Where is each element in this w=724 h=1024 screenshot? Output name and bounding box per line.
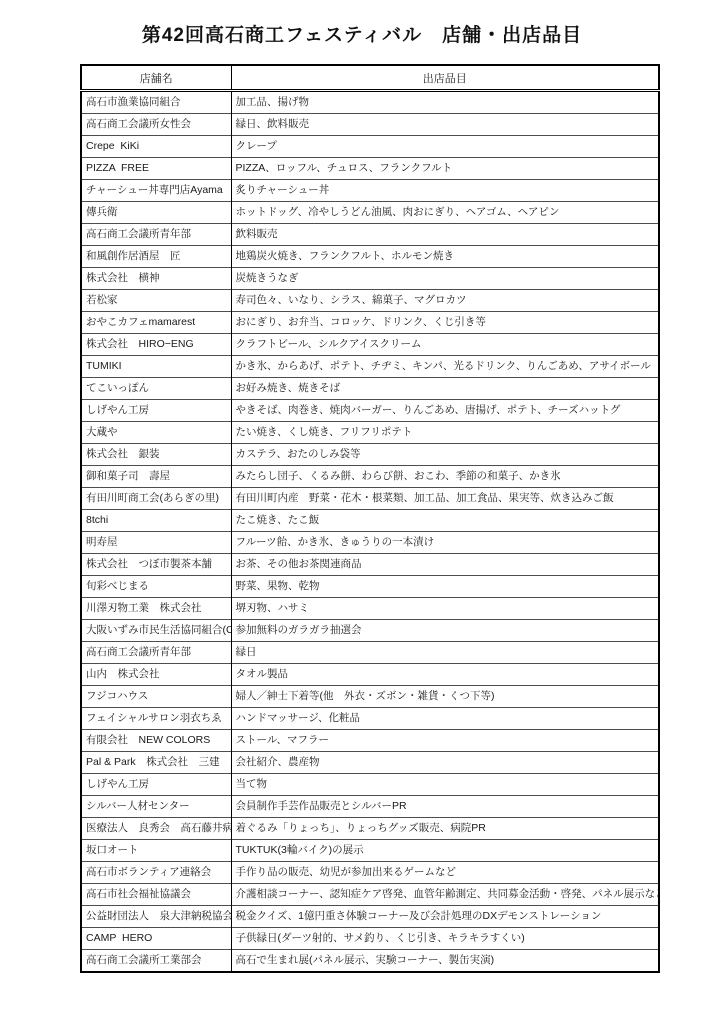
table-row: CAMP HERO子供縁日(ダーツ射的、サメ釣り、くじ引き、キラキラすくい) (81, 928, 659, 950)
table-row: 8tchiたこ焼き、たこ飯 (81, 510, 659, 532)
shop-name-cell: チャーシュー丼専門店Ayama (81, 180, 231, 202)
shop-name-cell: フジコハウス (81, 686, 231, 708)
table-row: 高石商工会議所青年部縁日 (81, 642, 659, 664)
table-row: 和風創作居酒屋 匠地鶏炭火焼き、フランクフルト、ホルモン焼き (81, 246, 659, 268)
items-cell: クレープ (231, 136, 659, 158)
table-row: 坂口オートTUKTUK(3輪バイク)の展示 (81, 840, 659, 862)
shop-name-cell: 高石市ボランティア連絡会 (81, 862, 231, 884)
shop-name-cell: 明寿屋 (81, 532, 231, 554)
vendor-table: 店舗名 出店品目 高石市漁業協同組合加工品、揚げ物高石商工会議所女性会縁日、飲料… (80, 64, 660, 973)
items-cell: ハンドマッサージ、化粧品 (231, 708, 659, 730)
shop-name-cell: CAMP HERO (81, 928, 231, 950)
items-cell: 堺刃物、ハサミ (231, 598, 659, 620)
table-row: 山内 株式会社タオル製品 (81, 664, 659, 686)
items-cell: 高石で生まれ展(パネル展示、実験コーナー、製缶実演) (231, 950, 659, 973)
table-row: フジコハウス婦人／紳士下着等(他 外衣・ズボン・雑貨・くつ下等) (81, 686, 659, 708)
items-cell: 会社紹介、農産物 (231, 752, 659, 774)
items-cell: ストール、マフラー (231, 730, 659, 752)
shop-name-cell: 高石商工会議所青年部 (81, 642, 231, 664)
shop-name-cell: 大蔵や (81, 422, 231, 444)
table-row: 高石市ボランティア連絡会手作り品の販売、幼児が参加出来るゲームなど (81, 862, 659, 884)
header-row: 店舗名 出店品目 (81, 65, 659, 91)
column-header-shop-name: 店舗名 (81, 65, 231, 91)
items-cell: 野菜、果物、乾物 (231, 576, 659, 598)
items-cell: 有田川町内産 野菜・花木・根菜類、加工品、加工食品、果実等、炊き込みご飯 (231, 488, 659, 510)
items-cell: みたらし団子、くるみ餅、わらび餅、おこわ、季節の和菓子、かき氷 (231, 466, 659, 488)
shop-name-cell: 和風創作居酒屋 匠 (81, 246, 231, 268)
shop-name-cell: Pal & Park 株式会社 三建 大阪南支店 (81, 752, 231, 774)
items-cell: 当て物 (231, 774, 659, 796)
shop-name-cell: 高石商工会議所青年部 (81, 224, 231, 246)
shop-name-cell: 株式会社 つぼ市製茶本舗 (81, 554, 231, 576)
items-cell: PIZZA、ロッフル、チュロス、フランクフルト (231, 158, 659, 180)
table-row: おやこカフェmamarestおにぎり、お弁当、コロッケ、ドリンク、くじ引き等 (81, 312, 659, 334)
shop-name-cell: フェイシャルサロン羽衣ちゑ (81, 708, 231, 730)
vendor-table-body: 高石市漁業協同組合加工品、揚げ物高石商工会議所女性会縁日、飲料販売Crepe K… (81, 91, 659, 973)
items-cell: たい焼き、くし焼き、フリフリポテト (231, 422, 659, 444)
shop-name-cell: 医療法人 良秀会 高石藤井病院 (81, 818, 231, 840)
items-cell: お好み焼き、焼きそば (231, 378, 659, 400)
items-cell: たこ焼き、たこ飯 (231, 510, 659, 532)
table-row: 明寿屋フルーツ飴、かき氷、きゅうりの一本漬け (81, 532, 659, 554)
table-row: 有限会社 NEW COLORSストール、マフラー (81, 730, 659, 752)
shop-name-cell: てこいっぽん (81, 378, 231, 400)
table-row: 高石市社会福祉協議会介護相談コーナー、認知症ケア啓発、血管年齢測定、共同募金活動… (81, 884, 659, 906)
shop-name-cell: 旬彩べじまる (81, 576, 231, 598)
items-cell: 着ぐるみ「りょっち」、りょっちグッズ販売、病院PR (231, 818, 659, 840)
items-cell: タオル製品 (231, 664, 659, 686)
table-row: てこいっぽんお好み焼き、焼きそば (81, 378, 659, 400)
table-row: 高石市漁業協同組合加工品、揚げ物 (81, 91, 659, 114)
column-header-items: 出店品目 (231, 65, 659, 91)
table-row: 株式会社 つぼ市製茶本舗お茶、その他お茶関連商品 (81, 554, 659, 576)
shop-name-cell: しげやん工房 (81, 774, 231, 796)
items-cell: 縁日、飲料販売 (231, 114, 659, 136)
shop-name-cell: 傳兵衛 (81, 202, 231, 224)
items-cell: クラフトビール、シルクアイスクリーム (231, 334, 659, 356)
shop-name-cell: 株式会社 横神 (81, 268, 231, 290)
table-row: チャーシュー丼専門店Ayama炙りチャーシュー丼 (81, 180, 659, 202)
shop-name-cell: Crepe KiKi (81, 136, 231, 158)
shop-name-cell: 高石市漁業協同組合 (81, 91, 231, 114)
shop-name-cell: 川澤刃物工業 株式会社 (81, 598, 231, 620)
items-cell: 加工品、揚げ物 (231, 91, 659, 114)
table-row: 有田川町商工会(あらぎの里)有田川町内産 野菜・花木・根菜類、加工品、加工食品、… (81, 488, 659, 510)
items-cell: 参加無料のガラガラ抽選会 (231, 620, 659, 642)
table-row: 高石商工会議所青年部飲料販売 (81, 224, 659, 246)
shop-name-cell: PIZZA FREE (81, 158, 231, 180)
table-row: しげやん工房やきそば、肉巻き、焼肉バーガー、りんごあめ、唐揚げ、ポテト、チーズハ… (81, 400, 659, 422)
table-row: 株式会社 横神炭焼きうなぎ (81, 268, 659, 290)
items-cell: TUKTUK(3輪バイク)の展示 (231, 840, 659, 862)
items-cell: 地鶏炭火焼き、フランクフルト、ホルモン焼き (231, 246, 659, 268)
items-cell: カステラ、おたのしみ袋等 (231, 444, 659, 466)
items-cell: 炭焼きうなぎ (231, 268, 659, 290)
table-row: 株式会社 HIRO−ENGクラフトビール、シルクアイスクリーム (81, 334, 659, 356)
table-row: 高石商工会議所工業部会高石で生まれ展(パネル展示、実験コーナー、製缶実演) (81, 950, 659, 973)
shop-name-cell: 高石商工会議所工業部会 (81, 950, 231, 973)
table-row: Pal & Park 株式会社 三建 大阪南支店会社紹介、農産物 (81, 752, 659, 774)
items-cell: 介護相談コーナー、認知症ケア啓発、血管年齢測定、共同募金活動・啓発、パネル展示な… (231, 884, 659, 906)
shop-name-cell: しげやん工房 (81, 400, 231, 422)
table-row: 御和菓子司 壽屋みたらし団子、くるみ餅、わらび餅、おこわ、季節の和菓子、かき氷 (81, 466, 659, 488)
shop-name-cell: TUMIKI (81, 356, 231, 378)
table-row: 高石商工会議所女性会縁日、飲料販売 (81, 114, 659, 136)
table-row: シルバー人材センター会員制作手芸作品販売とシルバーPR (81, 796, 659, 818)
table-row: 大阪いずみ市民生活協同組合(COOP)参加無料のガラガラ抽選会 (81, 620, 659, 642)
items-cell: フルーツ飴、かき氷、きゅうりの一本漬け (231, 532, 659, 554)
document-page: 第42回高石商工フェスティバル 店舗・出店品目 店舗名 出店品目 高石市漁業協同… (0, 0, 724, 1024)
items-cell: 子供縁日(ダーツ射的、サメ釣り、くじ引き、キラキラすくい) (231, 928, 659, 950)
items-cell: お茶、その他お茶関連商品 (231, 554, 659, 576)
table-row: 医療法人 良秀会 高石藤井病院着ぐるみ「りょっち」、りょっちグッズ販売、病院PR (81, 818, 659, 840)
shop-name-cell: 山内 株式会社 (81, 664, 231, 686)
table-row: 旬彩べじまる野菜、果物、乾物 (81, 576, 659, 598)
shop-name-cell: シルバー人材センター (81, 796, 231, 818)
shop-name-cell: 高石商工会議所女性会 (81, 114, 231, 136)
table-row: フェイシャルサロン羽衣ちゑハンドマッサージ、化粧品 (81, 708, 659, 730)
items-cell: やきそば、肉巻き、焼肉バーガー、りんごあめ、唐揚げ、ポテト、チーズハットグ (231, 400, 659, 422)
shop-name-cell: 8tchi (81, 510, 231, 532)
shop-name-cell: 御和菓子司 壽屋 (81, 466, 231, 488)
items-cell: 縁日 (231, 642, 659, 664)
items-cell: 婦人／紳士下着等(他 外衣・ズボン・雑貨・くつ下等) (231, 686, 659, 708)
shop-name-cell: 株式会社 銀装 (81, 444, 231, 466)
shop-name-cell: 大阪いずみ市民生活協同組合(COOP) (81, 620, 231, 642)
table-row: 若松家寿司色々、いなり、シラス、綿菓子、マグロカツ (81, 290, 659, 312)
table-row: PIZZA FREEPIZZA、ロッフル、チュロス、フランクフルト (81, 158, 659, 180)
table-row: 公益財団法人 泉大津納税協会税金クイズ、1億円重さ体験コーナー及び会計処理のDX… (81, 906, 659, 928)
shop-name-cell: 有田川町商工会(あらぎの里) (81, 488, 231, 510)
table-row: しげやん工房当て物 (81, 774, 659, 796)
shop-name-cell: 若松家 (81, 290, 231, 312)
items-cell: おにぎり、お弁当、コロッケ、ドリンク、くじ引き等 (231, 312, 659, 334)
items-cell: 飲料販売 (231, 224, 659, 246)
shop-name-cell: 坂口オート (81, 840, 231, 862)
table-row: 大蔵やたい焼き、くし焼き、フリフリポテト (81, 422, 659, 444)
items-cell: ホットドッグ、冷やしうどん油風、肉おにぎり、ヘアゴム、ヘアピン (231, 202, 659, 224)
table-row: 傳兵衛ホットドッグ、冷やしうどん油風、肉おにぎり、ヘアゴム、ヘアピン (81, 202, 659, 224)
items-cell: 手作り品の販売、幼児が参加出来るゲームなど (231, 862, 659, 884)
items-cell: 寿司色々、いなり、シラス、綿菓子、マグロカツ (231, 290, 659, 312)
shop-name-cell: 有限会社 NEW COLORS (81, 730, 231, 752)
table-row: Crepe KiKiクレープ (81, 136, 659, 158)
items-cell: 炙りチャーシュー丼 (231, 180, 659, 202)
shop-name-cell: おやこカフェmamarest (81, 312, 231, 334)
shop-name-cell: 株式会社 HIRO−ENG (81, 334, 231, 356)
items-cell: 会員制作手芸作品販売とシルバーPR (231, 796, 659, 818)
table-row: 株式会社 銀装カステラ、おたのしみ袋等 (81, 444, 659, 466)
table-row: TUMIKIかき氷、からあげ、ポテト、チヂミ、キンパ、光るドリンク、りんごあめ、… (81, 356, 659, 378)
shop-name-cell: 高石市社会福祉協議会 (81, 884, 231, 906)
page-title: 第42回高石商工フェスティバル 店舗・出店品目 (0, 20, 724, 47)
shop-name-cell: 公益財団法人 泉大津納税協会 (81, 906, 231, 928)
items-cell: かき氷、からあげ、ポテト、チヂミ、キンパ、光るドリンク、りんごあめ、アサイボール (231, 356, 659, 378)
table-row: 川澤刃物工業 株式会社堺刃物、ハサミ (81, 598, 659, 620)
items-cell: 税金クイズ、1億円重さ体験コーナー及び会計処理のDXデモンストレーション (231, 906, 659, 928)
